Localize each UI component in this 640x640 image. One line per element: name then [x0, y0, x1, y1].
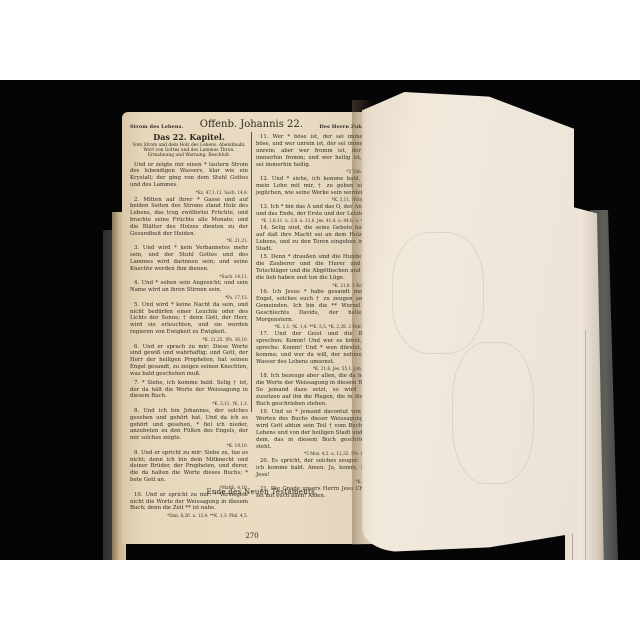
map-show-through: [392, 232, 484, 354]
left-page: Strom des Lebens. Offenb. Johannis 22. D…: [122, 112, 380, 544]
book-chapter-title: Offenb. Johannis 22.: [200, 119, 303, 130]
folded-map-edge: [572, 330, 586, 560]
verse: 6. Und er sprach zu mir: Diese Worte sin…: [130, 344, 248, 379]
cross-reference: *Ez. 47,1.12. Sach. 14,8.: [130, 190, 248, 197]
cross-reference: *K. 21,25. †Ps. 36,10.: [130, 337, 248, 344]
verse: 9. Und er spricht zu mir: Siehe zu, tue …: [130, 450, 248, 485]
cross-reference: *Dan. 8,26. u. 12,4. **K. 1,3. Phil. 4,5…: [130, 513, 248, 520]
cross-reference: *K. 21,21.: [130, 238, 248, 245]
chapter-summary: Vom Strom und dem Holz des Lebens. Abend…: [130, 143, 248, 159]
map-show-through: [452, 342, 534, 484]
gutter-shadow: [352, 100, 374, 545]
end-of-testament-note: Ende des Neuen Testaments.: [182, 488, 342, 496]
page-number: 270: [232, 532, 272, 540]
verse: 2. Mitten auf ihrer * Gasse und auf beid…: [130, 197, 248, 238]
verse: Und er zeigte mir einen * lautern Strom …: [130, 162, 248, 190]
verse: 4. Und * sehen sein Angesicht; und sein …: [130, 280, 248, 294]
verse: 5. Und wird * keine Nacht da sein, und n…: [130, 302, 248, 337]
verse: 3. Und wird * kein Verbannetes mehr sein…: [130, 245, 248, 273]
chapter-heading: Das 22. Kapitel.: [130, 134, 248, 141]
cross-reference: *K. 3,11. †K. 1,3.: [130, 401, 248, 408]
cross-reference: *K. 19,10.: [130, 443, 248, 450]
column-divider: [251, 132, 252, 412]
text-column-left: Das 22. Kapitel. Vom Strom und dem Holz …: [130, 134, 248, 520]
cross-reference: *Ps. 17,15.: [130, 295, 248, 302]
verse: 8. Und ich bin Johannes, der solches ges…: [130, 408, 248, 443]
verse: 7. * Siehe, ich komme bald. Selig † ist,…: [130, 380, 248, 401]
cross-reference: *Sach. 14,11.: [130, 274, 248, 281]
right-page-blank: [362, 92, 574, 552]
running-head-left: Strom des Lebens.: [130, 124, 183, 130]
page-header: Strom des Lebens. Offenb. Johannis 22. D…: [130, 116, 376, 130]
